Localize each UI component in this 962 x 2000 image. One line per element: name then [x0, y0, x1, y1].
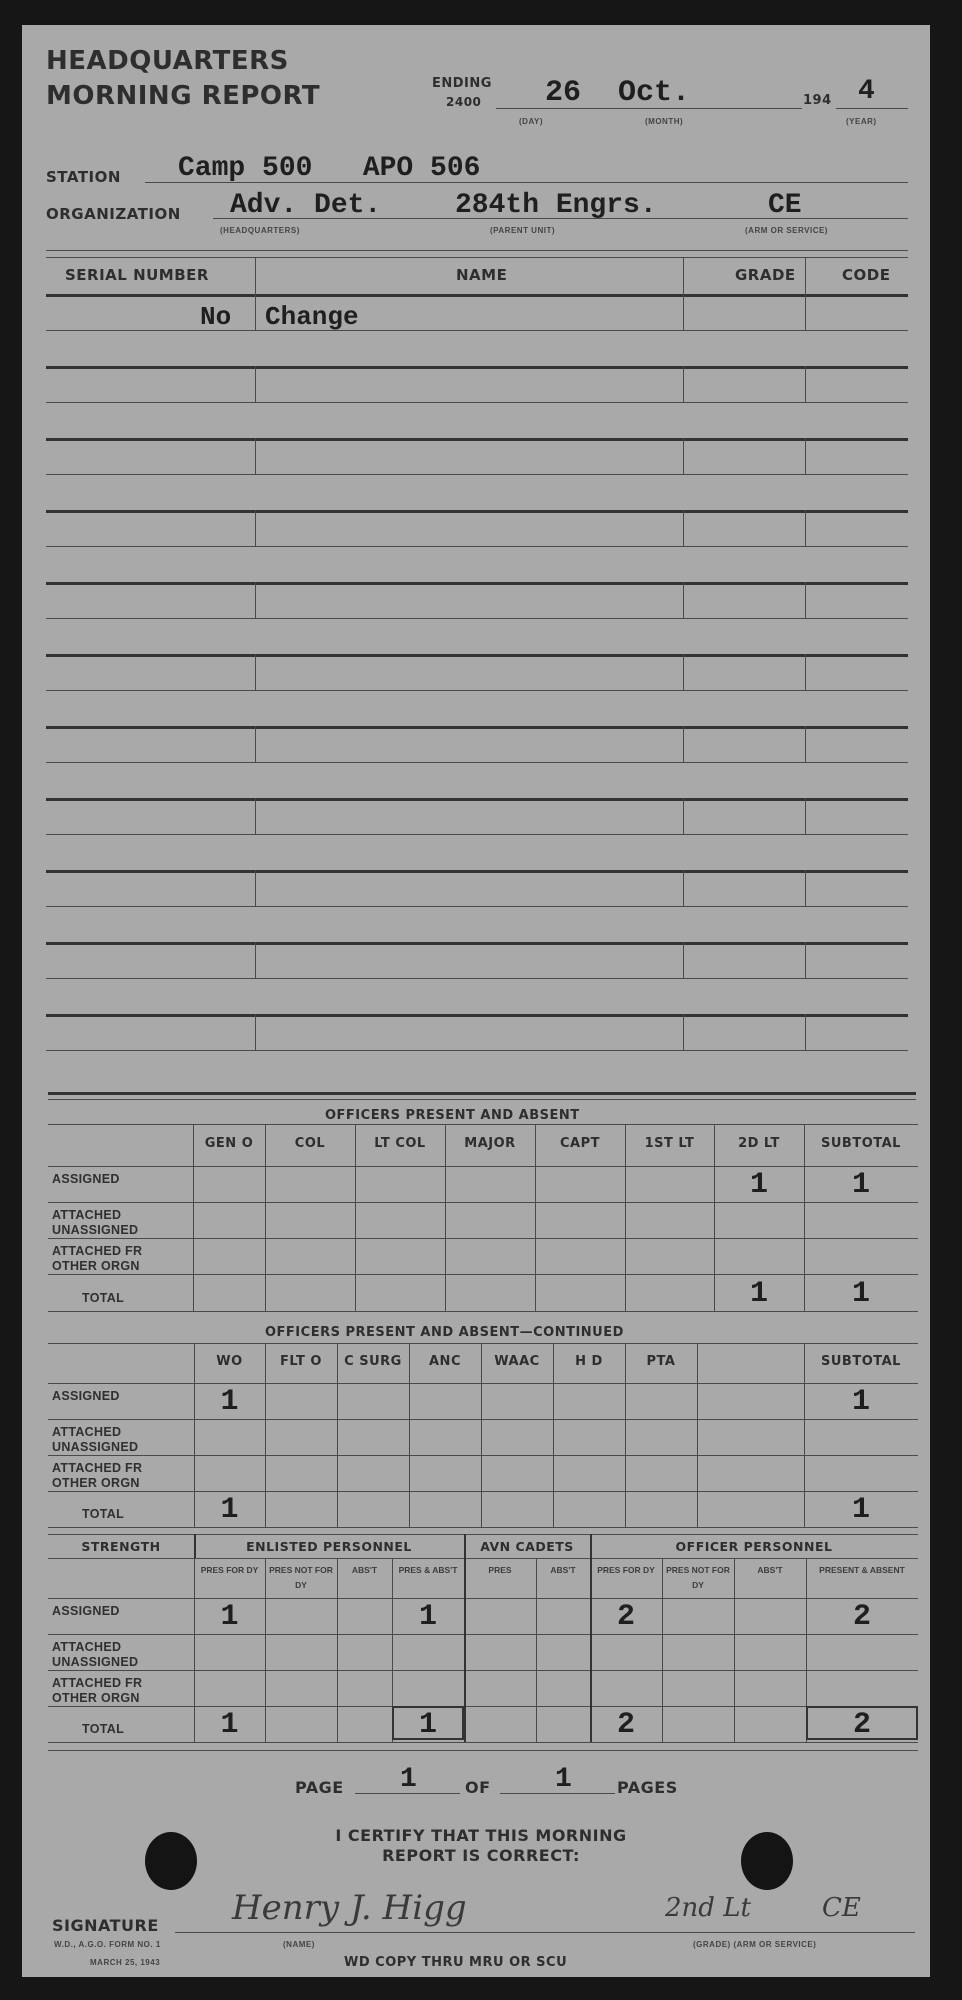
- organization-arm: CE: [768, 190, 802, 221]
- signature-name: Henry J. Higg: [232, 1888, 467, 1928]
- roster-column-divider: [805, 366, 806, 402]
- strength-grid-line: [48, 1598, 918, 1599]
- roster-column-divider: [255, 438, 256, 474]
- roster-column-divider: [683, 438, 684, 474]
- roster-column-divider: [683, 726, 684, 762]
- officers-grid-line: [48, 1238, 918, 1239]
- certify-line2: REPORT IS CORRECT:: [0, 1846, 962, 1865]
- roster-column-divider: [255, 654, 256, 690]
- roster-row-line: [46, 366, 908, 369]
- officers-grid-line: [48, 1166, 918, 1167]
- grade-arm-caption: (GRADE) (ARM OR SERVICE): [693, 1940, 816, 1949]
- strength-group-header: AVN CADETS: [464, 1539, 590, 1554]
- page-total: 1: [555, 1764, 572, 1795]
- officers-column-header: LT COL: [355, 1136, 445, 1151]
- day-caption: (DAY): [519, 117, 543, 126]
- officers-grid-divider: [535, 1124, 536, 1311]
- roster-column-divider: [255, 870, 256, 906]
- arm-caption: (ARM OR SERVICE): [745, 226, 828, 235]
- strength-cell: 1: [194, 1600, 265, 1634]
- month-caption: (MONTH): [645, 117, 683, 126]
- officers-continued-grid-line: [48, 1491, 918, 1492]
- roster-row-line: [46, 942, 908, 945]
- roster-header-divider: [683, 257, 684, 294]
- strength-row-label: TOTAL: [82, 1722, 162, 1737]
- strength-grid-line: [48, 1742, 918, 1743]
- officers-grid-divider: [265, 1124, 266, 1311]
- roster-row-line: [46, 474, 908, 475]
- officers-row-label: ASSIGNED: [52, 1172, 187, 1187]
- officers-top-line-1: [48, 1092, 916, 1095]
- officers-top-line-2: [48, 1099, 916, 1100]
- name-caption: (NAME): [283, 1940, 315, 1949]
- roster-column-divider: [805, 870, 806, 906]
- officers-grid-divider: [355, 1124, 356, 1311]
- strength-column-header: ABS'T: [734, 1563, 806, 1578]
- officers-column-header: SUBTOTAL: [804, 1136, 918, 1151]
- strength-grid-divider: [734, 1558, 735, 1742]
- strength-cell: 2: [590, 1708, 662, 1742]
- roster-column-divider: [255, 582, 256, 618]
- signature-underline: [175, 1932, 915, 1933]
- officers-continued-cell: 1: [804, 1493, 918, 1527]
- roster-column-divider: [805, 582, 806, 618]
- strength-column-header: PRES NOT FOR DY: [662, 1563, 734, 1593]
- strength-column-header: PRESENT & ABSENT: [806, 1563, 918, 1578]
- strength-grid-divider: [464, 1558, 466, 1742]
- roster-row-line: [46, 330, 908, 331]
- officers-continued-row-label: TOTAL: [82, 1507, 162, 1522]
- roster-row-line: [46, 654, 908, 657]
- roster-column-divider: [255, 294, 256, 330]
- roster-column-divider: [255, 942, 256, 978]
- form-number: W.D., A.G.O. FORM NO. 1: [54, 1940, 161, 1949]
- strength-cell: 1: [194, 1708, 265, 1742]
- officers-column-header: MAJOR: [445, 1136, 535, 1151]
- officers-continued-grid-line: [48, 1383, 918, 1384]
- certify-line1: I CERTIFY THAT THIS MORNING: [0, 1826, 962, 1845]
- officers-grid-divider: [625, 1124, 626, 1311]
- roster-row-line: [46, 618, 908, 619]
- strength-grid-line: [48, 1670, 918, 1671]
- strength-cell: 2: [590, 1600, 662, 1634]
- strength-row-label: ATTACHED UNASSIGNED: [52, 1640, 188, 1670]
- officers-continued-cell: 1: [194, 1385, 265, 1419]
- year-underline: [836, 108, 908, 109]
- officers-continued-grid-line: [48, 1455, 918, 1456]
- officers-continued-grid-divider: [409, 1343, 410, 1527]
- strength-row-label: ATTACHED FR OTHER ORGN: [52, 1676, 188, 1706]
- strength-group-header: OFFICER PERSONNEL: [590, 1539, 918, 1554]
- officers-continued-column-header: C SURG: [337, 1354, 409, 1369]
- roster-row-line: [46, 582, 908, 585]
- roster-header-divider: [255, 257, 256, 294]
- strength-column-header: PRES FOR DY: [194, 1563, 265, 1578]
- officers-grid-divider: [445, 1124, 446, 1311]
- strength-column-header: PRES & ABS'T: [392, 1563, 464, 1578]
- officers-cell: 1: [714, 1168, 804, 1202]
- officer-total-box: [806, 1706, 918, 1740]
- year-value: 4: [858, 76, 875, 107]
- officers-continued-row-label: ATTACHED FR OTHER ORGN: [52, 1461, 188, 1491]
- officers-continued-grid-divider: [553, 1343, 554, 1527]
- officers-grid-divider: [193, 1124, 194, 1311]
- officers-row-label: ATTACHED UNASSIGNED: [52, 1208, 187, 1238]
- roster-column-divider: [255, 510, 256, 546]
- strength-column-header: ABS'T: [337, 1563, 392, 1578]
- strength-grid-line: [48, 1706, 918, 1707]
- roster-header-name: NAME: [456, 266, 507, 284]
- roster-column-divider: [255, 726, 256, 762]
- strength-group-divider: [194, 1534, 196, 1558]
- officers-continued-column-header: FLT O: [265, 1354, 337, 1369]
- officers-continued-column-header: H D: [553, 1354, 625, 1369]
- strength-cell: 2: [806, 1600, 918, 1634]
- station-label: STATION: [46, 168, 121, 186]
- signature-grade: 2nd Lt: [665, 1893, 751, 1923]
- ending-label: ENDING: [432, 76, 492, 91]
- signature-label: SIGNATURE: [52, 1916, 159, 1935]
- roster-column-divider: [683, 294, 684, 330]
- officers-grid-line: [48, 1202, 918, 1203]
- roster-row-line: [46, 294, 908, 297]
- strength-top-line: [48, 1534, 918, 1535]
- year-prefix: 194: [803, 93, 832, 108]
- roster-column-divider: [255, 1014, 256, 1050]
- officers-continued-grid-divider: [481, 1343, 482, 1527]
- roster-column-divider: [805, 1014, 806, 1050]
- hq-caption: (HEADQUARTERS): [220, 226, 300, 235]
- signature-arm: CE: [822, 1893, 861, 1923]
- officers-continued-grid-divider: [337, 1343, 338, 1527]
- strength-label: STRENGTH: [48, 1539, 194, 1554]
- roster-header-code: CODE: [842, 266, 890, 284]
- roster-row-line: [46, 870, 908, 873]
- strength-cell: 1: [392, 1600, 464, 1634]
- roster-column-divider: [683, 870, 684, 906]
- officers-continued-row-label: ATTACHED UNASSIGNED: [52, 1425, 188, 1455]
- roster-row-line: [46, 690, 908, 691]
- day-value: 26: [545, 76, 581, 110]
- officers-continued-column-header: PTA: [625, 1354, 697, 1369]
- roster-column-divider: [805, 294, 806, 330]
- organization-parent: 284th Engrs.: [455, 190, 657, 221]
- officers-continued-column-header: WAAC: [481, 1354, 553, 1369]
- month-value: Oct.: [618, 76, 690, 110]
- roster-row-line: [46, 402, 908, 403]
- roster-row-line: [46, 510, 908, 513]
- pages-label: PAGES: [617, 1778, 678, 1797]
- copy-note: WD COPY THRU MRU OR SCU: [344, 1955, 567, 1970]
- page-number: 1: [400, 1764, 417, 1795]
- officers-grid-line: [48, 1274, 918, 1275]
- officers-continued-cell: 1: [804, 1385, 918, 1419]
- form-date: MARCH 25, 1943: [90, 1958, 160, 1967]
- roster-header-divider: [805, 257, 806, 294]
- strength-grid-divider: [337, 1558, 338, 1742]
- roster-column-divider: [805, 726, 806, 762]
- parent-caption: (PARENT UNIT): [490, 226, 555, 235]
- organization-label: ORGANIZATION: [46, 205, 181, 223]
- strength-bottom-line: [48, 1750, 918, 1751]
- officers-continued-row-label: ASSIGNED: [52, 1389, 188, 1404]
- roster-row-line: [46, 726, 908, 729]
- roster-row-line: [46, 798, 908, 801]
- strength-column-header: ABS'T: [536, 1563, 590, 1578]
- officers-grid-line: [48, 1311, 918, 1312]
- officers-row-label: TOTAL: [82, 1291, 162, 1306]
- roster-column-divider: [255, 798, 256, 834]
- officers-column-header: GEN O: [193, 1136, 265, 1151]
- roster-row-line: [46, 834, 908, 835]
- year-caption: (YEAR): [846, 117, 877, 126]
- officers-continued-grid-divider: [265, 1343, 266, 1527]
- roster-top-line-2: [46, 257, 908, 258]
- officers-continued-column-header: SUBTOTAL: [804, 1354, 918, 1369]
- roster-column-divider: [805, 510, 806, 546]
- officers-title: OFFICERS PRESENT AND ABSENT: [325, 1108, 580, 1123]
- strength-column-header: PRES: [464, 1563, 536, 1578]
- officers-continued-title: OFFICERS PRESENT AND ABSENT—CONTINUED: [265, 1325, 624, 1340]
- officers-column-header: CAPT: [535, 1136, 625, 1151]
- strength-row-label: ASSIGNED: [52, 1604, 188, 1619]
- roster-entry-name: Change: [265, 302, 359, 332]
- roster-header-grade: GRADE: [735, 266, 796, 284]
- strength-group-divider: [464, 1534, 466, 1558]
- strength-column-header: PRES NOT FOR DY: [265, 1563, 337, 1593]
- officers-cell: 1: [804, 1277, 918, 1311]
- roster-column-divider: [683, 510, 684, 546]
- officers-continued-cell: 1: [194, 1493, 265, 1527]
- strength-grid-divider: [536, 1558, 537, 1742]
- strength-column-header: PRES FOR DY: [590, 1563, 662, 1578]
- organization-hq: Adv. Det.: [230, 190, 381, 221]
- strength-group-header: ENLISTED PERSONNEL: [194, 1539, 464, 1554]
- officers-grid-line: [48, 1124, 918, 1125]
- officers-row-label: ATTACHED FR OTHER ORGN: [52, 1244, 187, 1274]
- roster-entry-serial: No: [200, 302, 231, 332]
- roster-column-divider: [683, 366, 684, 402]
- officers-cell: 1: [714, 1277, 804, 1311]
- form-title-line1: HEADQUARTERS: [46, 46, 289, 76]
- officers-continued-column-header: ANC: [409, 1354, 481, 1369]
- roster-top-line-1: [46, 250, 908, 251]
- roster-row-line: [46, 546, 908, 547]
- enlisted-total-box: [392, 1706, 464, 1740]
- roster-column-divider: [683, 942, 684, 978]
- ending-time: 2400: [446, 95, 481, 109]
- roster-column-divider: [805, 438, 806, 474]
- roster-column-divider: [255, 366, 256, 402]
- officers-continued-grid-line: [48, 1527, 918, 1528]
- roster-column-divider: [805, 654, 806, 690]
- roster-column-divider: [805, 942, 806, 978]
- roster-row-line: [46, 438, 908, 441]
- roster-column-divider: [683, 582, 684, 618]
- officers-continued-column-header: WO: [194, 1354, 265, 1369]
- station-value: Camp 500 APO 506: [178, 153, 480, 184]
- form-title-line2: MORNING REPORT: [46, 81, 320, 111]
- officers-continued-grid-divider: [625, 1343, 626, 1527]
- strength-group-line: [48, 1558, 918, 1559]
- officers-continued-grid-line: [48, 1419, 918, 1420]
- roster-row-line: [46, 762, 908, 763]
- roster-header-serial: SERIAL NUMBER: [65, 266, 209, 284]
- officers-column-header: 2D LT: [714, 1136, 804, 1151]
- roster-row-line: [46, 1050, 908, 1051]
- roster-column-divider: [683, 1014, 684, 1050]
- roster-column-divider: [683, 798, 684, 834]
- strength-grid-line: [48, 1634, 918, 1635]
- strength-group-divider: [590, 1534, 592, 1558]
- roster-row-line: [46, 906, 908, 907]
- roster-column-divider: [683, 654, 684, 690]
- officers-column-header: 1ST LT: [625, 1136, 714, 1151]
- of-label: OF: [465, 1778, 491, 1797]
- roster-row-line: [46, 1014, 908, 1017]
- roster-column-divider: [805, 798, 806, 834]
- officers-cell: 1: [804, 1168, 918, 1202]
- page-label: PAGE: [295, 1778, 344, 1797]
- officers-continued-grid-divider: [697, 1343, 698, 1527]
- officers-continued-grid-line: [48, 1343, 918, 1344]
- officers-column-header: COL: [265, 1136, 355, 1151]
- roster-row-line: [46, 978, 908, 979]
